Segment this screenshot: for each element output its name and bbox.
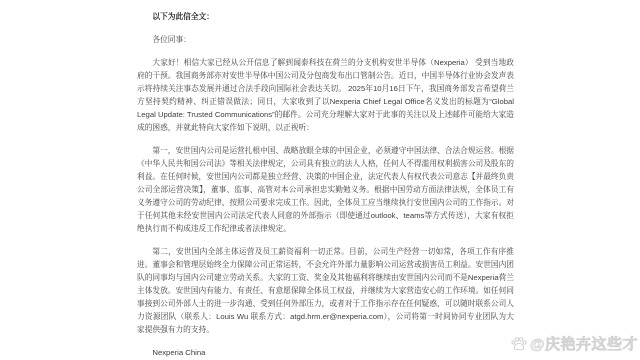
paw-icon <box>510 335 528 353</box>
letter-intro-label: 以下为此信全文： <box>137 10 514 23</box>
letter-signature: Nexperia China <box>137 346 514 359</box>
letter-page: 以下为此信全文： 各位同事： 大家好！相信大家已经从公开信息了解到闻泰科技在荷兰… <box>0 0 640 360</box>
letter-paragraph-first-point: 第一，安世国内公司是运营扎根中国、战略放眼全球的中国企业，必须遵守中国法律、合法… <box>137 144 514 235</box>
letter-paragraph-second-point: 第二，安世国内全部主体运营及员工薪资福利一切正常。目前，公司生产经营一切如常，各… <box>137 245 514 336</box>
letter-paragraph-opening: 大家好！相信大家已经从公开信息了解到闻泰科技在荷兰的分支机构安世半导体（Nexp… <box>137 56 514 134</box>
letter-greeting: 各位同事： <box>137 33 514 46</box>
watermark: @庆艳卉这些才 <box>510 333 638 354</box>
watermark-text: @庆艳卉这些才 <box>530 333 638 354</box>
letter-body: 以下为此信全文： 各位同事： 大家好！相信大家已经从公开信息了解到闻泰科技在荷兰… <box>137 10 514 359</box>
